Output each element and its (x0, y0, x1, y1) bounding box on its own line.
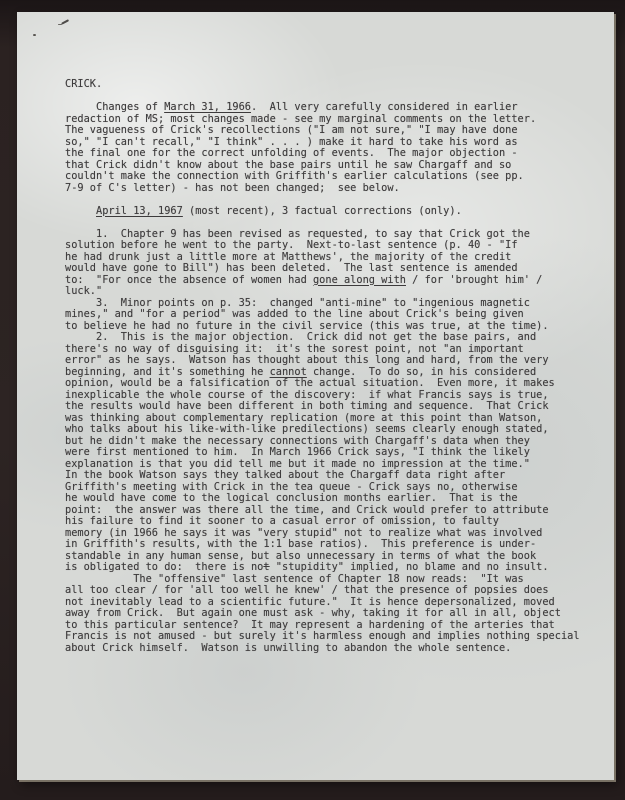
typed-text: CRICK. Changes of March 31, 1966. All ve… (65, 79, 605, 654)
document-heading: CRICK. (65, 79, 605, 91)
pencil-mark (58, 19, 68, 25)
text-line: to: "For once the absence of women had g… (65, 275, 605, 287)
typed-lines: Changes of March 31, 1966. All very care… (65, 102, 605, 654)
paper-speck (33, 34, 36, 36)
text-line: 7-9 of C's letter) - has not been change… (65, 183, 605, 195)
text-line: about Crick himself. Watson is unwilling… (65, 643, 605, 655)
photo-background: { "colors": { "background": "#2b2221", "… (0, 0, 625, 800)
paper-sheet: CRICK. Changes of March 31, 1966. All ve… (17, 12, 614, 780)
text-line: April 13, 1967 (most recent), 3 factual … (65, 206, 605, 218)
photo-frame: CRICK. Changes of March 31, 1966. All ve… (0, 0, 625, 800)
